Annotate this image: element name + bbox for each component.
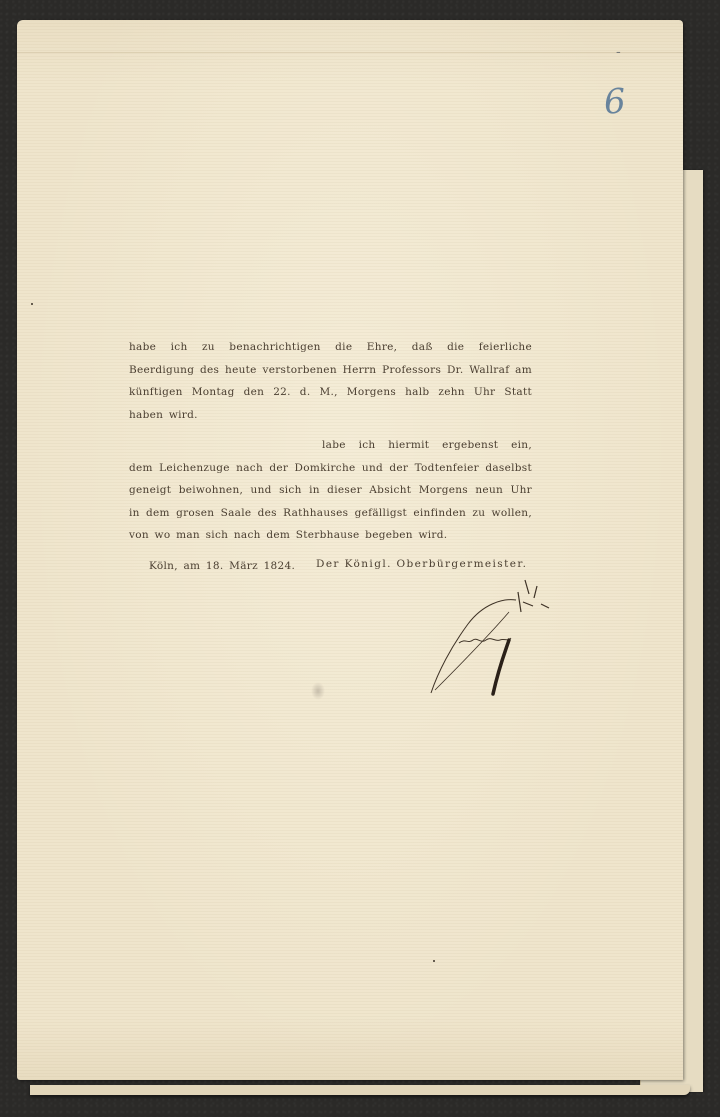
- letter-body: habe ich zu benachrichtigen die Ehre, da…: [129, 336, 532, 577]
- folio-mark-small: ‐: [616, 44, 621, 60]
- ink-dot: [31, 303, 33, 305]
- fold-line: [17, 52, 683, 53]
- paper-stain: [311, 682, 325, 700]
- folio-number: 6: [603, 81, 627, 122]
- ink-dot: [433, 960, 435, 962]
- paragraph-funeral-notice: habe ich zu benachrichtigen die Ehre, da…: [129, 336, 532, 426]
- underlying-sheet-bottom-edge: [30, 1085, 690, 1095]
- handwritten-signature: [413, 562, 563, 702]
- paragraph-invitation: labe ich hiermit ergebenst ein, dem Leic…: [129, 434, 532, 547]
